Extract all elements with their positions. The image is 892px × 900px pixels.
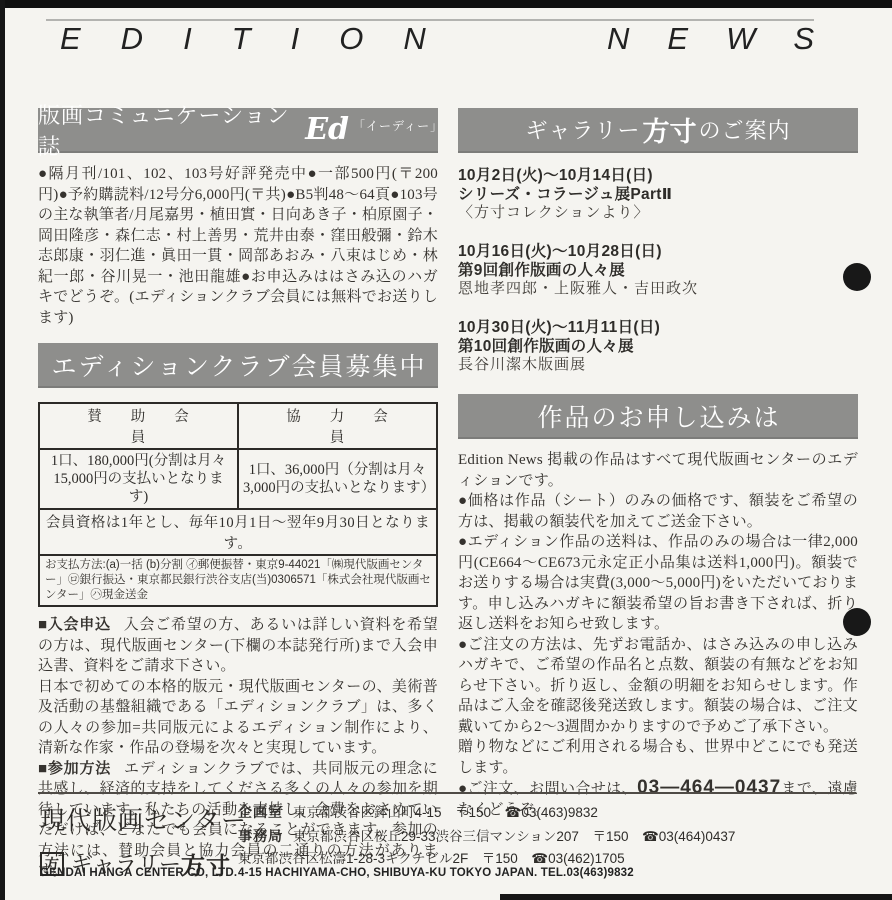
order-paragraph: Edition News 掲載の作品はすべて現代版画センターのエディションです。: [458, 450, 858, 491]
address-text: 東京都渋谷区桜丘29-33渋谷三信マンション207 〒150 ☎03(464)0…: [293, 829, 735, 844]
paragraph-about-club: 日本で初めての本格的版元・現代版画センターの、美術普及活動の基盤組織である「エデ…: [38, 677, 438, 759]
supporting-member-fee: 1口、180,000円(分割は月々15,000円の支払いとなります): [39, 449, 238, 509]
punch-hole-bottom: [843, 608, 871, 636]
exhibition-subtitle: 長谷川潔木版画展: [458, 356, 858, 375]
supporting-member-header: 賛助会員: [39, 403, 238, 449]
exhibition-item: 10月2日(火)〜10月14日(日) シリーズ・コラージュ展PartⅡ 〈方寸コ…: [458, 166, 858, 223]
club-recruit-header-box: エディションクラブ会員募集中: [38, 343, 438, 388]
exhibition-dates: 10月30日(火)〜11月11日(日): [458, 318, 858, 337]
masthead-word-edition: EDITION: [60, 22, 466, 56]
payment-methods: お支払方法:(a)一括 (b)分割 ㋑郵便振替・東京9-44021「㈱現代版画セ…: [39, 555, 437, 606]
scan-edge-bottom: [500, 894, 892, 900]
gallery-header-box: ギャラリー 方寸 のご案内: [458, 108, 858, 153]
punch-hole-top: [843, 263, 871, 291]
scan-edge-left: [0, 0, 5, 900]
exhibition-item: 10月30日(火)〜11月11日(日) 第10回創作版画の人々展 長谷川潔木版画…: [458, 318, 858, 375]
newsletter-page: EDITION NEWS 版画コミュニケーション誌 Ed 「イーディー」 ●隔月…: [0, 0, 892, 900]
table-payment-row: お支払方法:(a)一括 (b)分割 ㋑郵便振替・東京9-44021「㈱現代版画セ…: [39, 555, 437, 606]
exhibition-dates: 10月16日(火)〜10月28日(日): [458, 242, 858, 261]
address-text: 東京都渋谷区松濤1-28-3キクチビル2F 〒150 ☎03(462)1705: [238, 851, 625, 866]
company-address-en: 4-15 HACHIYAMA-CHO, SHIBUYA-KU TOKYO JAP…: [238, 867, 634, 879]
paragraph-label: ■入会申込: [38, 616, 111, 633]
paragraph-text: 日本で初めての本格的版元・現代版画センターの、美術普及活動の基盤組織である「エデ…: [38, 679, 438, 757]
membership-fee-table: 賛助会員 協力会員 1口、180,000円(分割は月々15,000円の支払いとな…: [38, 402, 438, 607]
exhibition-subtitle: 〈方寸コレクションより〉: [458, 204, 858, 223]
exhibition-item: 10月16日(火)〜10月28日(日) 第9回創作版画の人々展 恩地孝四郎・上阪…: [458, 242, 858, 299]
magazine-info-text: ●隔月刊/101、102、103号好評発売中●一部500円(〒200円)●予約購…: [38, 164, 438, 328]
paragraph-application: ■入会申込入会ご希望の方、あるいは詳しい資料を希望の方は、現代版画センター(下欄…: [38, 615, 438, 677]
address-text: 東京都渋谷区鉢山町4-15 〒150 ☎03(463)9832: [293, 805, 598, 820]
exhibition-subtitle: 恩地孝四郎・上阪雅人・吉田政次: [458, 280, 858, 299]
contact-pre-text: ●ご注文、お問い合せは、: [458, 781, 637, 797]
address-row: 事務局東京都渋谷区桜丘29-33渋谷三信マンション207 〒150 ☎03(46…: [238, 825, 735, 849]
table-term-row: 会員資格は1年とし、毎年10月1日〜翌年9月30日となります。: [39, 509, 437, 555]
order-paragraph: ●エディション作品の送料は、作品のみの場合は一律2,000円(CE664〜CE6…: [458, 532, 858, 635]
masthead-word-news: NEWS: [607, 22, 852, 56]
order-header-title: 作品のお申し込みは: [535, 398, 780, 434]
table-header-row: 賛助会員 協力会員: [39, 403, 437, 449]
club-recruit-title: エディションクラブ会員募集中: [49, 347, 426, 383]
order-instructions: Edition News 掲載の作品はすべて現代版画センターのエディションです。…: [458, 450, 858, 820]
exhibition-title: 第10回創作版画の人々展: [458, 337, 858, 356]
footer-english-line: GENDAI HANGA CENTER CO, LTD. 4-15 HACHIY…: [40, 867, 634, 879]
order-paragraph: 贈り物などにご利用される場合も、世界中どこにでも発送します。: [458, 737, 858, 778]
company-name-en: GENDAI HANGA CENTER CO, LTD.: [40, 867, 238, 879]
footer-addresses: 企画室東京都渋谷区鉢山町4-15 〒150 ☎03(463)9832 事務局東京…: [238, 801, 735, 871]
gallery-header-suffix: のご案内: [699, 114, 791, 145]
right-column: ギャラリー 方寸 のご案内 10月2日(火)〜10月14日(日) シリーズ・コラ…: [458, 108, 858, 820]
scan-edge-top: [0, 0, 892, 8]
exhibition-dates: 10月2日(火)〜10月14日(日): [458, 166, 858, 185]
address-row: 企画室東京都渋谷区鉢山町4-15 〒150 ☎03(463)9832: [238, 801, 735, 825]
gallery-name: 方寸: [643, 110, 697, 149]
magazine-header-box: 版画コミュニケーション誌 Ed 「イーディー」: [38, 108, 438, 153]
paragraph-label: ■参加方法: [38, 760, 111, 777]
membership-term: 会員資格は1年とし、毎年10月1日〜翌年9月30日となります。: [39, 509, 437, 555]
exhibition-title: シリーズ・コラージュ展PartⅡ: [458, 185, 858, 204]
exhibition-title: 第9回創作版画の人々展: [458, 261, 858, 280]
address-label: 事務局: [238, 828, 283, 844]
order-header-box: 作品のお申し込みは: [458, 394, 858, 439]
organization-logotype: 現代版画センター: [40, 801, 247, 837]
footer: 現代版画センター 方 ギャラリー 方寸 企画室東京都渋谷区鉢山町4-15 〒15…: [38, 792, 856, 794]
masthead: EDITION NEWS: [46, 19, 814, 56]
cooperating-member-header: 協力会員: [238, 403, 437, 449]
left-column: 版画コミュニケーション誌 Ed 「イーディー」 ●隔月刊/101、102、103…: [38, 108, 438, 882]
ed-logo: Ed: [305, 112, 349, 147]
table-fee-row: 1口、180,000円(分割は月々15,000円の支払いとなります) 1口、36…: [39, 449, 437, 509]
order-paragraph: ●ご注文の方法は、先ずお電話か、はさみ込みの申し込みハガキで、ご希望の作品名と点…: [458, 635, 858, 738]
masthead-title: EDITION NEWS: [46, 22, 814, 56]
order-paragraph: ●価格は作品（シート）のみの価格です、額装をご希望の方は、掲載の額装代を加えてご…: [458, 491, 858, 532]
address-label: 企画室: [238, 804, 283, 820]
cooperating-member-fee: 1口、36,000円（分割は月々3,000円の支払いとなります）: [238, 449, 437, 509]
gallery-header-prefix: ギャラリー: [525, 114, 640, 145]
magazine-title: 版画コミュニケーション誌: [38, 99, 297, 161]
ed-logo-reading: 「イーディー」: [353, 117, 438, 134]
exhibition-list: 10月2日(火)〜10月14日(日) シリーズ・コラージュ展PartⅡ 〈方寸コ…: [458, 166, 858, 375]
contact-phone-number: 03―464―0437: [637, 777, 781, 798]
